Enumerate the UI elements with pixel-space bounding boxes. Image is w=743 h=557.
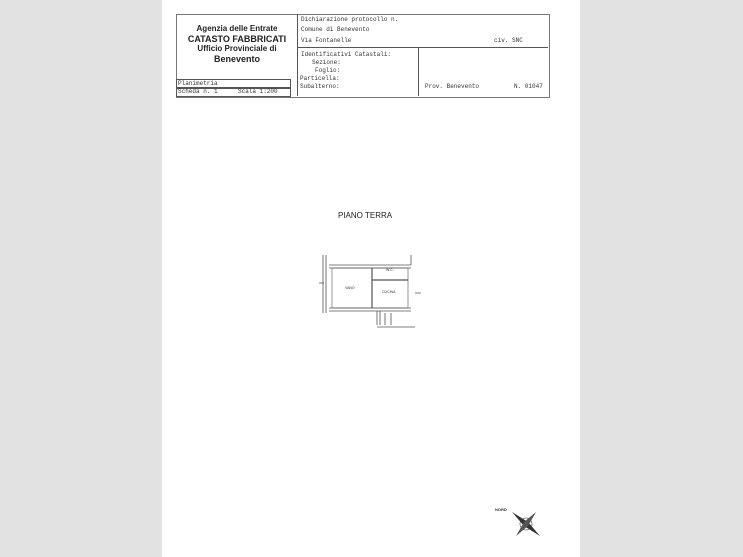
province: Prov. Benevento (425, 83, 479, 90)
foglio: Foglio: (315, 67, 340, 74)
plan-title: PIANO TERRA (338, 211, 392, 220)
agency-name: Agenzia delle Entrate (178, 24, 296, 34)
floor-plan (315, 253, 425, 333)
scale: Scala 1:200 (238, 88, 278, 95)
agency-block: Agenzia delle Entrate CATASTO FABBRICATI… (178, 24, 296, 65)
divider (297, 47, 548, 48)
street: Via Fontanelle (301, 37, 351, 44)
north-label: NORD (495, 507, 507, 512)
sezione: Sezione: (312, 59, 341, 66)
sheet-number: Scheda n. 1 (178, 88, 218, 95)
particella: Particella: (300, 75, 340, 82)
compass-rose-icon (510, 508, 542, 540)
room-label-room: VANO (345, 286, 355, 290)
room-label-kitchen: CUCINA (382, 290, 395, 294)
divider (418, 47, 419, 96)
comune: Comune di Benevento (301, 26, 369, 33)
protocol-number: N. 01047 (514, 83, 543, 90)
room-label-wc: W.C. (386, 268, 394, 272)
office-city: Benevento (178, 54, 296, 65)
divider (297, 14, 298, 96)
civic-number: civ. SNC (494, 37, 523, 44)
office-label: Ufficio Provinciale di (178, 44, 296, 54)
subalterno: Subalterno: (300, 83, 340, 90)
declaration: Dichiarazione protocollo n. (301, 16, 398, 23)
catasto-title: CATASTO FABBRICATI (178, 34, 296, 45)
doc-type: Planimetria (178, 80, 218, 87)
cadastral-ids-label: Identificativi Catastali: (301, 51, 391, 58)
